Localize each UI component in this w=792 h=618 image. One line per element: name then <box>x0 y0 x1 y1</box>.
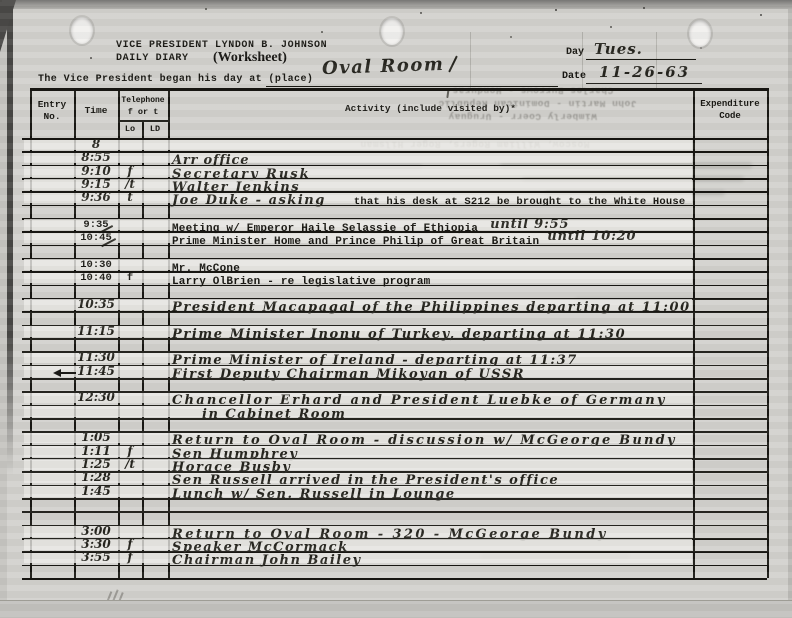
table-row: 11:15Prime Minister Inonu of Turkey, dep… <box>0 325 792 338</box>
activity-cell: Prime Minister Inonu of Turkey, departin… <box>172 325 626 343</box>
day-rule <box>586 59 696 60</box>
table-row: 1:05Return to Oval Room - discussion w/ … <box>0 431 792 444</box>
faint-guide-line <box>582 32 583 88</box>
table-row: 11:45First Deputy Chairman Mikoyan of US… <box>0 365 792 378</box>
activity-handwritten-text: Chairman John Bailey <box>172 553 362 568</box>
activity-handwritten-text: President Macapagal of the Philippines d… <box>172 300 691 315</box>
time-cell: 9:10 <box>74 164 118 178</box>
activity-cell: Joe Duke - askingthat his desk at S212 b… <box>172 191 685 209</box>
table-row: 1:28Sen Russell arrived in the President… <box>0 471 792 484</box>
document-page: Charles Burrows - HondurasJohn Martin - … <box>0 0 792 618</box>
time-cell: 11:45 <box>74 364 118 378</box>
began-line-rule <box>266 86 558 87</box>
began-line-label: The Vice President began his day at (pla… <box>38 74 313 85</box>
table-row: 1:25/tHorace Busby <box>0 458 792 471</box>
time-cell: 10:45 <box>74 232 118 244</box>
grid-line <box>22 418 767 420</box>
hole-punch <box>381 18 403 45</box>
time-cell: 1:11 <box>74 444 118 458</box>
col-header-entry: Entry <box>30 99 74 110</box>
activity-cell: Prime Minister Home and Prince Philip of… <box>172 231 636 249</box>
time-cell: 1:28 <box>74 470 118 484</box>
telephone-mark-cell: /t <box>118 457 142 471</box>
worksheet-label: (Worksheet) <box>213 50 287 66</box>
grid-line <box>30 88 767 91</box>
time-cell: 12:30 <box>74 390 118 404</box>
telephone-mark-cell: f <box>118 550 142 564</box>
activity-cell: Larry OlBrien - re legislative program <box>172 271 430 289</box>
table-row: 9:36tJoe Duke - askingthat his desk at S… <box>0 191 792 204</box>
col-header-expenditure-2: Code <box>693 111 767 121</box>
col-header-lo: Lo <box>118 124 142 134</box>
table-row: 10:35President Macapagal of the Philippi… <box>0 298 792 311</box>
scan-highlight-band <box>24 406 692 417</box>
table-row: 1:11fSen Humphrey <box>0 445 792 458</box>
time-cell: 1:25 <box>74 457 118 471</box>
col-header-activity: Activity (include visited by)* <box>168 103 693 114</box>
hole-punch <box>689 20 711 47</box>
scan-edge-top <box>0 0 792 9</box>
time-cell: 10:35 <box>74 297 118 311</box>
col-header-entry-2: No. <box>30 111 74 122</box>
date-value: 11-26-63 <box>599 63 690 81</box>
activity-handwritten-text: Lunch w/ Sen. Russell in Lounge <box>172 487 456 502</box>
telephone-mark-cell: t <box>118 190 142 204</box>
col-header-ld: LD <box>142 124 168 134</box>
stray-pen-stroke <box>448 55 458 72</box>
table-row: 3:30fSpeaker McCormack <box>0 538 792 551</box>
scan-highlight-band <box>24 140 692 151</box>
activity-cell: First Deputy Chairman Mikoyan of USSR <box>172 365 525 383</box>
activity-cell: Lunch w/ Sen. Russell in Lounge <box>172 485 456 503</box>
time-cell: 10:30 <box>74 259 118 271</box>
table-row: 9:10fSecretary Rusk <box>0 165 792 178</box>
telephone-mark-cell: f <box>118 164 142 178</box>
table-row: 1:45Lunch w/ Sen. Russell in Lounge <box>0 485 792 498</box>
scan-edge-bottom <box>0 600 792 618</box>
table-row: 9:15/tWalter Jenkins <box>0 178 792 191</box>
activity-handwritten-text: until 10:20 <box>547 229 636 244</box>
grid-line <box>22 578 767 580</box>
faint-guide-line <box>470 32 471 88</box>
table-row: in Cabinet Room <box>0 405 792 418</box>
activity-handwritten-text: First Deputy Chairman Mikoyan of USSR <box>172 367 525 382</box>
table-row: 8 <box>0 138 792 151</box>
col-header-telephone-2: f or t <box>118 107 168 117</box>
time-cell: 8 <box>74 137 118 151</box>
telephone-mark-cell: f <box>118 537 142 551</box>
time-cell: 8:55 <box>74 150 118 164</box>
day-value: Tues. <box>594 40 643 58</box>
table-row: 3:55fChairman John Bailey <box>0 551 792 564</box>
diary-title: DAILY DIARY <box>116 53 189 64</box>
table-row: 10:45Prime Minister Home and Prince Phil… <box>0 231 792 244</box>
time-cell: 10:40 <box>74 272 118 284</box>
table-row: 10:30Mr. McCone <box>0 258 792 271</box>
grid-line <box>22 565 767 567</box>
time-cell: 1:45 <box>74 484 118 498</box>
faint-guide-line <box>656 32 657 88</box>
activity-handwritten-text: in Cabinet Room <box>202 407 346 422</box>
activity-cell: President Macapagal of the Philippines d… <box>172 298 691 316</box>
activity-handwritten-text: Joe Duke - asking <box>172 193 326 208</box>
time-cell: 3:30 <box>74 537 118 551</box>
col-header-time: Time <box>74 105 118 116</box>
activity-typed-text: that his desk at S212 be brought to the … <box>354 196 686 208</box>
telephone-mark-cell: f <box>118 272 142 284</box>
table-row: 3:00Return to Oval Room - 320 - McGeorge… <box>0 525 792 538</box>
telephone-mark-cell: f <box>118 444 142 458</box>
time-cell: 3:00 <box>74 524 118 538</box>
scan-highlight-band <box>24 153 692 164</box>
telephone-mark-cell: /t <box>118 177 142 191</box>
time-cell: 9:36 <box>74 190 118 204</box>
date-rule <box>586 83 702 84</box>
began-place-value: Oval Room <box>322 54 445 79</box>
activity-handwritten-text: Prime Minister Inonu of Turkey, departin… <box>172 327 626 342</box>
table-row: 10:40fLarry OlBrien - re legislative pro… <box>0 271 792 284</box>
hole-punch <box>71 17 93 44</box>
table-row: 11:30Prime Minister of Ireland - departi… <box>0 351 792 364</box>
col-header-telephone: Telephone <box>118 96 168 105</box>
table-row: 8:55Arr office <box>0 151 792 164</box>
activity-cell: in Cabinet Room <box>172 405 346 423</box>
scan-speckles <box>0 0 2 2</box>
table-row: 12:30Chancellor Erhard and President Lue… <box>0 391 792 404</box>
time-cell: 3:55 <box>74 550 118 564</box>
scan-highlight-band <box>24 259 692 270</box>
grid-line <box>22 511 767 513</box>
activity-typed-text: Prime Minister Home and Prince Philip of… <box>172 236 539 248</box>
time-cell: 11:30 <box>74 350 118 364</box>
time-cell: 1:05 <box>74 430 118 444</box>
time-cell: 9:15 <box>74 177 118 191</box>
time-cell: 11:15 <box>74 324 118 338</box>
activity-typed-text: Larry OlBrien - re legislative program <box>172 276 430 288</box>
time-cell: 9:35 <box>74 219 118 231</box>
table-row: 9:35Meeting w/ Emperor Haile Selassie of… <box>0 218 792 231</box>
activity-cell: Chairman John Bailey <box>172 551 362 569</box>
col-header-expenditure: Expenditure <box>693 99 767 109</box>
